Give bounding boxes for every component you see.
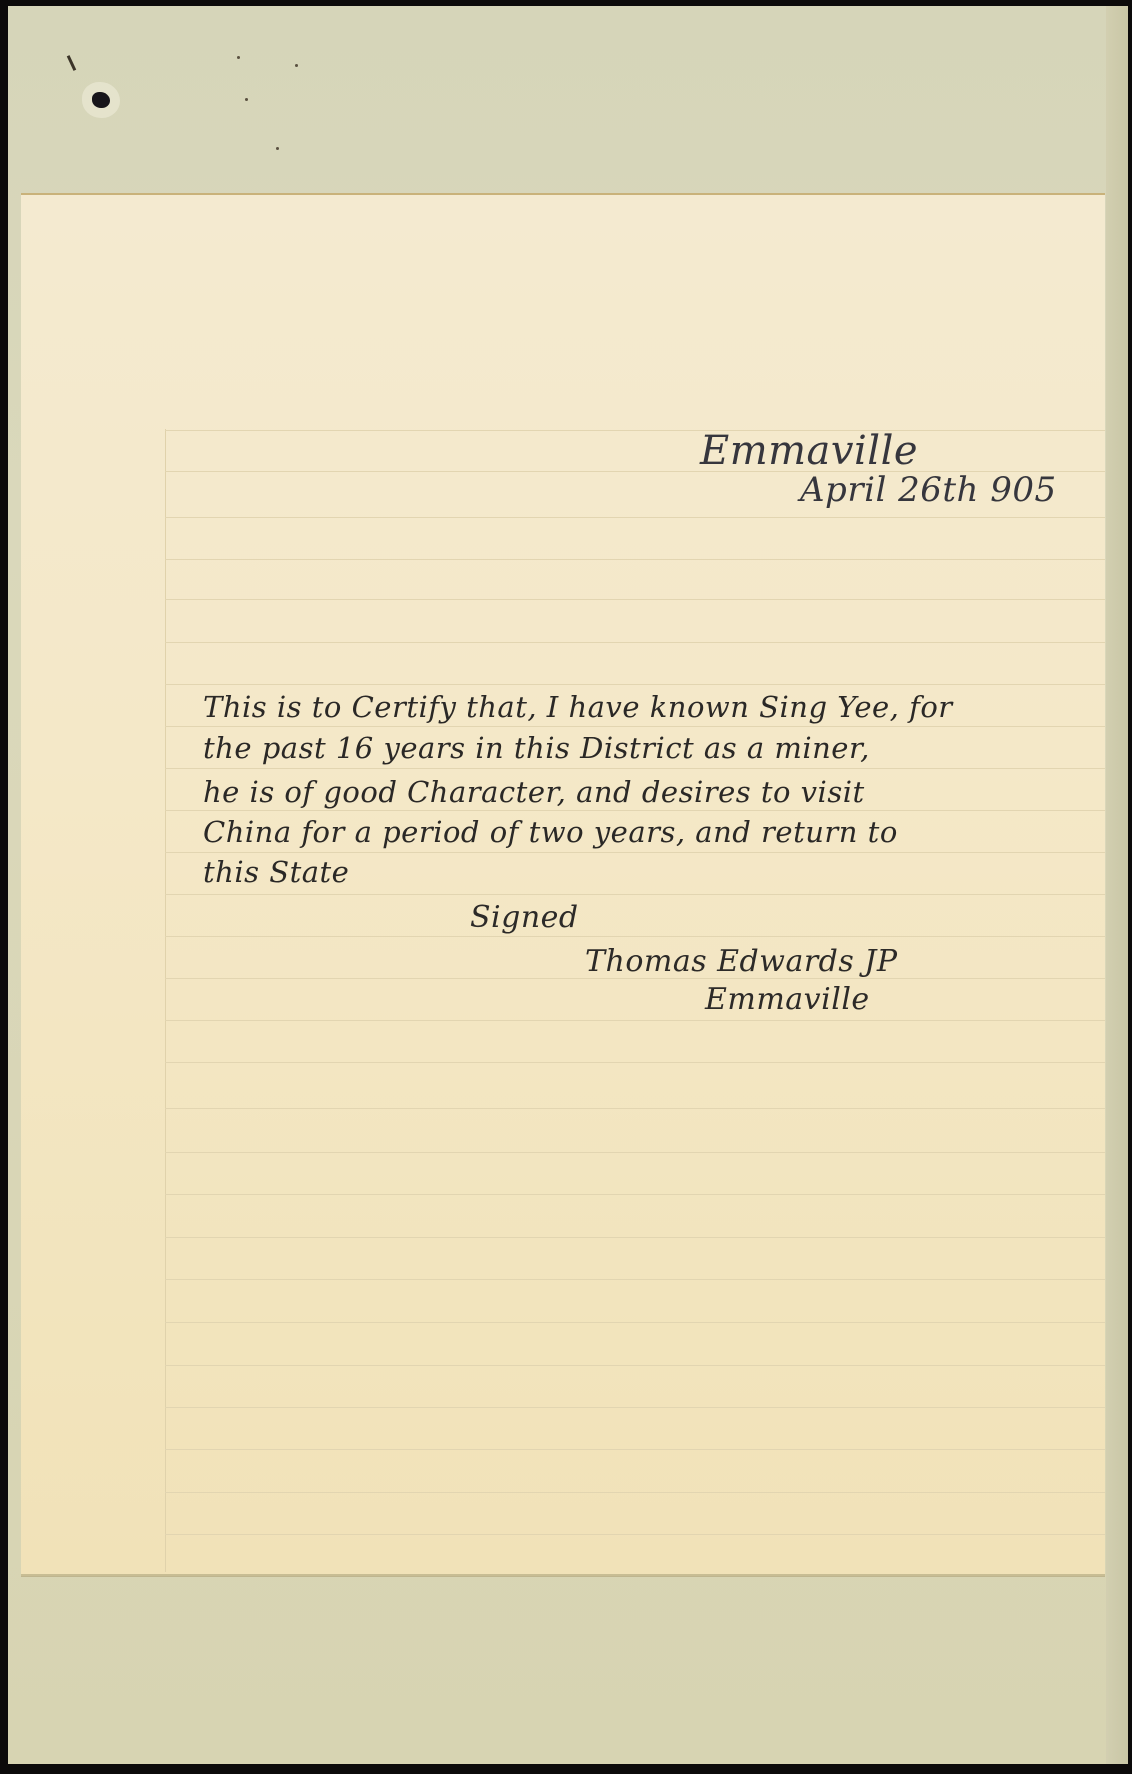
ruled-line bbox=[165, 1152, 1105, 1153]
ruled-line bbox=[165, 726, 1105, 727]
speck bbox=[276, 147, 279, 150]
speck bbox=[245, 98, 248, 101]
ruled-line bbox=[165, 1365, 1105, 1366]
punch-hole bbox=[92, 92, 110, 108]
ruled-line bbox=[165, 810, 1105, 811]
ruled-line bbox=[165, 936, 1105, 937]
ruled-line bbox=[165, 430, 1105, 431]
ruled-line bbox=[165, 1237, 1105, 1238]
signature: Thomas Edwards JP bbox=[585, 944, 898, 979]
ruled-line bbox=[165, 1534, 1105, 1535]
header-date: April 26th 905 bbox=[800, 470, 1057, 510]
ruled-line bbox=[165, 599, 1105, 600]
ruled-line bbox=[165, 1407, 1105, 1408]
ruled-line bbox=[165, 852, 1105, 853]
header-place: Emmaville bbox=[700, 428, 918, 474]
ruled-line bbox=[165, 684, 1105, 685]
ruled-line bbox=[165, 1020, 1105, 1021]
ruled-line bbox=[165, 894, 1105, 895]
ruled-line bbox=[165, 517, 1105, 518]
ruled-line bbox=[165, 1062, 1105, 1063]
backing-edge bbox=[1106, 6, 1128, 1764]
ruled-line bbox=[165, 1492, 1105, 1493]
margin-line bbox=[165, 429, 166, 1572]
body-line-1: This is to Certify that, I have known Si… bbox=[203, 690, 953, 724]
ruled-line bbox=[165, 1108, 1105, 1109]
signature-place: Emmaville bbox=[705, 982, 870, 1017]
body-line-3: he is of good Character, and desires to … bbox=[203, 775, 865, 809]
letter-paper bbox=[21, 193, 1105, 1576]
body-line-2: the past 16 years in this District as a … bbox=[203, 731, 870, 765]
ruled-line bbox=[165, 1279, 1105, 1280]
ruled-line bbox=[165, 768, 1105, 769]
signed-label: Signed bbox=[470, 900, 579, 935]
ruled-line bbox=[165, 1194, 1105, 1195]
ruled-line bbox=[165, 1322, 1105, 1323]
ruled-line bbox=[165, 1449, 1105, 1450]
body-line-4: China for a period of two years, and ret… bbox=[203, 815, 898, 849]
speck bbox=[295, 64, 298, 67]
ruled-line bbox=[165, 642, 1105, 643]
ruled-line bbox=[165, 559, 1105, 560]
body-line-5: this State bbox=[203, 855, 349, 889]
speck bbox=[237, 56, 240, 59]
